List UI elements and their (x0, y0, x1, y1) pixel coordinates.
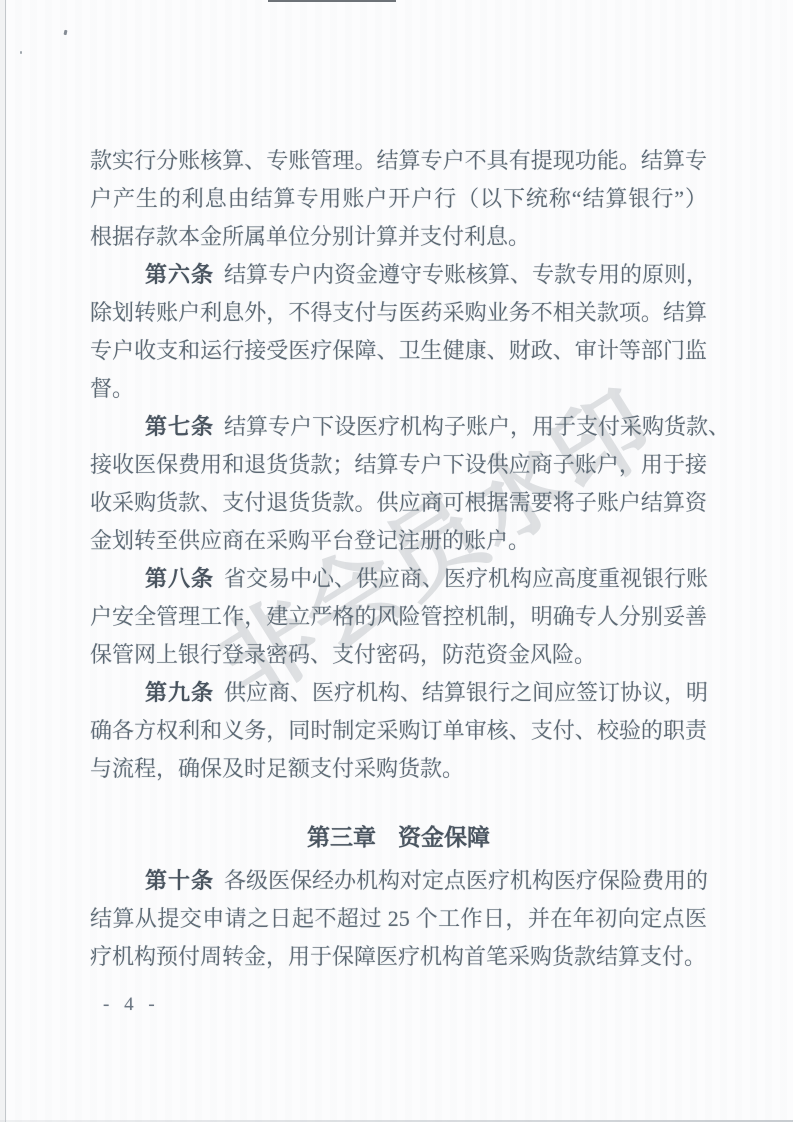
article-label: 第九条 (145, 680, 214, 705)
chapter-title: 资金保障 (398, 825, 490, 850)
text-line: 第九条供应商、医疗机构、结算银行之间应签订协议，明 (90, 674, 707, 712)
article-label: 第六条 (145, 262, 214, 287)
article-label: 第七条 (145, 414, 214, 439)
text-line: 疗机构预付周转金，用于保障医疗机构首笔采购货款结算支付。 (90, 938, 707, 976)
text-line: 款实行分账核算、专账管理。结算专户不具有提现功能。结算专 (90, 142, 707, 180)
text-line: 收采购货款、支付退货货款。供应商可根据需要将子账户结算资 (90, 484, 707, 522)
text-line: 第七条结算专户下设医疗机构子账户，用于支付采购货款、 (90, 408, 707, 446)
text-line: 根据存款本金所属单位分别计算并支付利息。 (90, 218, 707, 256)
text-line: 除划转账户利息外，不得支付与医药采购业务不相关款项。结算 (90, 294, 707, 332)
chapter-heading: 第三章资金保障 (90, 818, 707, 858)
text-line: 金划转至供应商在采购平台登记注册的账户。 (90, 522, 707, 560)
scan-speck (64, 30, 68, 36)
scan-speck (20, 51, 22, 54)
text-line: 接收医保费用和退货货款；结算专户下设供应商子账户，用于接 (90, 446, 707, 484)
text-line: 第六条结算专户内资金遵守专账核算、专款专用的原则， (90, 256, 707, 294)
text-line: 与流程，确保及时足额支付采购货款。 (90, 750, 707, 788)
scanned-document-page: 非会员水印 款实行分账核算、专账管理。结算专户不具有提现功能。结算专户产生的利息… (0, 0, 793, 1122)
text-line: 督。 (90, 370, 707, 408)
text-line: 第八条省交易中心、供应商、医疗机构应高度重视银行账 (90, 560, 707, 598)
text-block-lower: 第十条各级医保经办机构对定点医疗机构医疗保险费用的结算从提交申请之日起不超过 2… (90, 862, 707, 976)
text-block-upper: 款实行分账核算、专账管理。结算专户不具有提现功能。结算专户产生的利息由结算专用账… (90, 142, 707, 788)
text-line: 户产生的利息由结算专用账户开户行（以下统称“结算银行”） (90, 180, 707, 218)
text-line: 确各方权利和义务，同时制定采购订单审核、支付、校验的职责 (90, 712, 707, 750)
text-line: 专户收支和运行接受医疗保障、卫生健康、财政、审计等部门监 (90, 332, 707, 370)
text-line: 第十条各级医保经办机构对定点医疗机构医疗保险费用的 (90, 862, 707, 900)
scan-left-edge-line (5, 0, 6, 1122)
article-label: 第十条 (145, 868, 214, 893)
page-number: - 4 - (103, 994, 160, 1016)
text-line: 保管网上银行登录密码、支付密码，防范资金风险。 (90, 636, 707, 674)
chapter-number: 第三章 (307, 825, 376, 850)
text-line: 户安全管理工作，建立严格的风险管控机制，明确专人分别妥善 (90, 598, 707, 636)
scan-top-edge-mark (268, 0, 396, 2)
article-label: 第八条 (145, 566, 214, 591)
document-body: 款实行分账核算、专账管理。结算专户不具有提现功能。结算专户产生的利息由结算专用账… (90, 142, 707, 976)
text-line: 结算从提交申请之日起不超过 25 个工作日，并在年初向定点医 (90, 900, 707, 938)
